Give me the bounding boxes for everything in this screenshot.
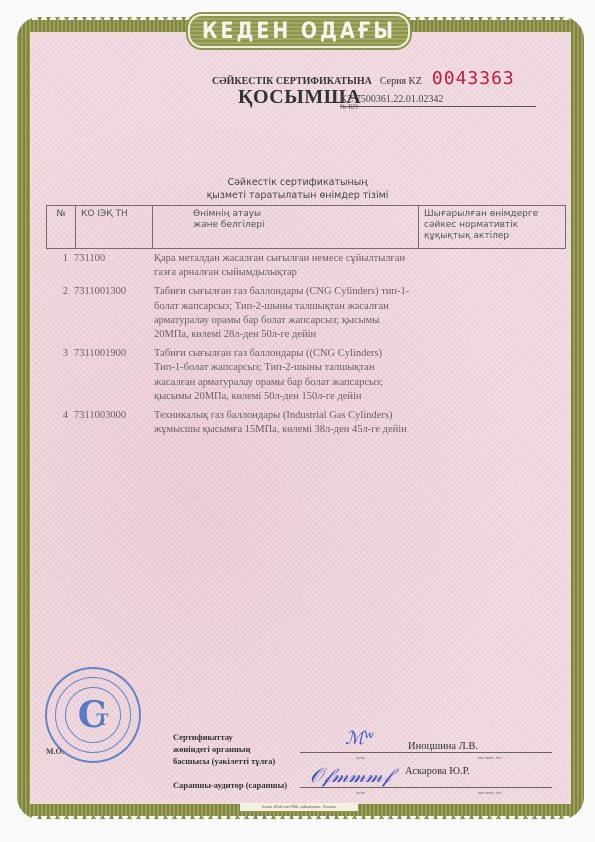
row-number: 1 (56, 252, 74, 280)
annex-number: KZ 7500361.22.01.02342 № КО (340, 94, 536, 107)
auditor-signature-icon: 𝒪𝒻𝓂𝓂𝓂𝒻 (310, 763, 391, 787)
row-code: 731100 (74, 252, 154, 280)
banner-title: КЕДЕН ОДАҒЫ (202, 18, 396, 43)
head-signature-label: Сертификаттау жөніндегі органның басшысы… (173, 731, 275, 767)
row-description: Техникалық газ баллондары (Industrial Ga… (154, 409, 414, 437)
products-table-header: № КО ІЭҚ ТН Өнімнің атауы және белгілері… (46, 205, 566, 249)
head-signature-icon: ℳʷ (345, 728, 374, 749)
customs-union-banner: КЕДЕН ОДАҒЫ (188, 14, 410, 48)
header-code: КО ІЭҚ ТН (76, 206, 153, 249)
auditor-signature-label: Сарапшы-аудитор (сарапшы) (173, 779, 287, 791)
product-list-title: Сәйкестік сертификатының қызметі таратыл… (0, 176, 595, 202)
auditor-name: Аскарова Ю.Р. (405, 766, 470, 777)
product-list-title-line1: Сәйкестік сертификатының (0, 176, 595, 189)
head-sign-caption: қолы (356, 755, 365, 760)
table-row: 37311001900Табиғи сығылған газ баллондар… (56, 347, 416, 404)
auditor-signature-line (300, 787, 552, 788)
printer-note: Бланк «ҚазСтан-ПМ» дайындаған, Алматы (240, 803, 358, 811)
auditor-name-caption: аты-жөні, тегі (478, 790, 502, 795)
annex-number-label: № КО (340, 103, 358, 111)
product-list-title-line2: қызметі таратылатын өнімдер тізімі (0, 189, 595, 202)
row-code: 7311001900 (74, 347, 154, 404)
table-row: 1731100Қара металдан жасалған сығылған н… (56, 252, 416, 280)
head-signature-line (300, 752, 552, 753)
row-number: 4 (56, 409, 74, 437)
row-number: 3 (56, 347, 74, 404)
row-description: Табиғи сығылған газ баллондары (CNG Cyli… (154, 285, 414, 342)
header-normative-acts: Шығарылған өнімдерге сәйкес нормативтік … (419, 206, 566, 249)
table-row: 27311001300Табиғи сығылған газ баллондар… (56, 285, 416, 342)
auditor-sign-caption: қолы (356, 790, 365, 795)
stamp-logo-icon: СТ (78, 694, 109, 736)
table-row: 47311003000Техникалық газ баллондары (In… (56, 409, 416, 437)
row-code: 7311001300 (74, 285, 154, 342)
head-name-caption: аты-жөні, тегі (478, 755, 502, 760)
row-description: Қара металдан жасалған сығылған немесе с… (154, 252, 414, 280)
series-number: 0043363 (432, 68, 515, 89)
head-name: Иноцшина Л.В. (408, 741, 478, 752)
row-code: 7311003000 (74, 409, 154, 437)
header-number: № (47, 206, 76, 249)
stamp-place-label: М.О. (46, 747, 64, 756)
series-label: Серия KZ (380, 76, 422, 87)
row-number: 2 (56, 285, 74, 342)
header-product-name: Өнімнің атауы және белгілері (153, 206, 419, 249)
products-table-body: 1731100Қара металдан жасалған сығылған н… (56, 252, 416, 442)
row-description: Табиғи сығылған газ баллондары ((CNG Cyl… (154, 347, 414, 404)
